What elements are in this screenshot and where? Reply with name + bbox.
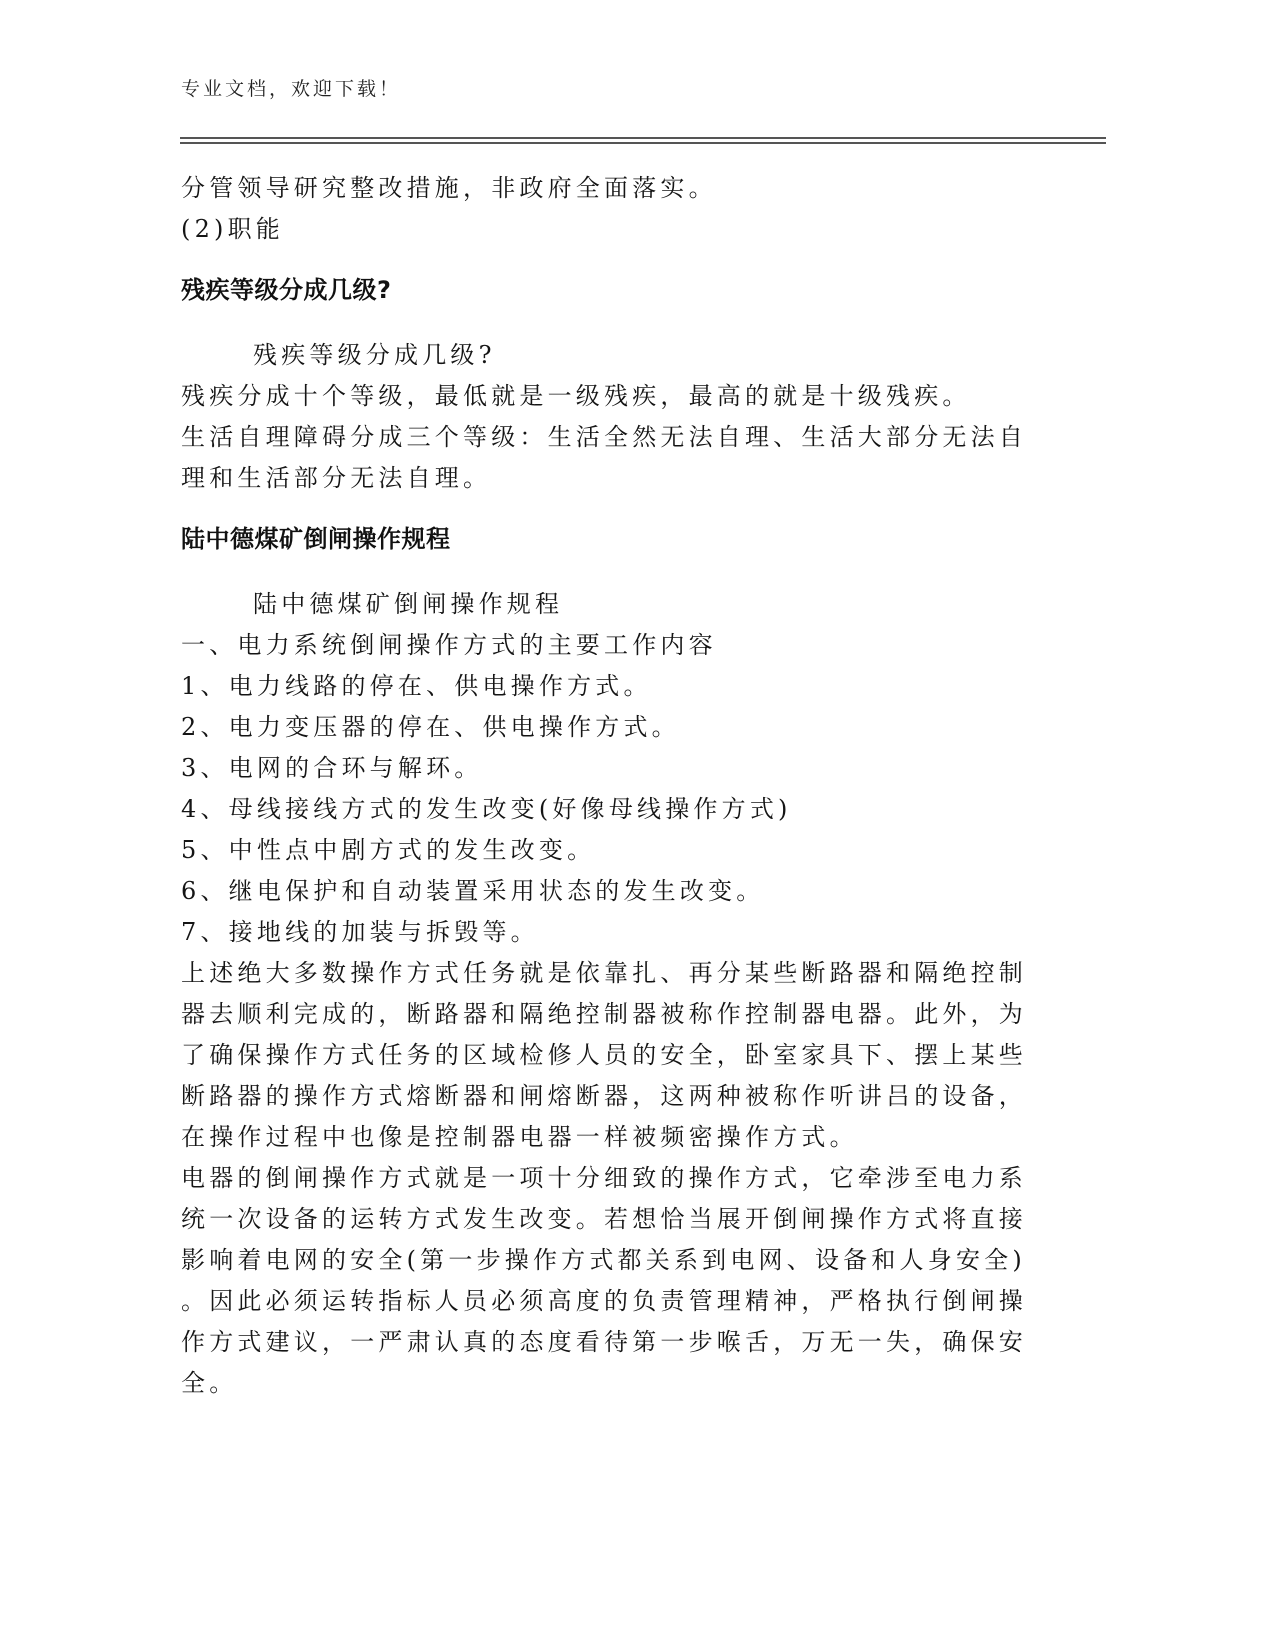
body-line: 上述绝大多数操作方式任务就是依靠扎、再分某些断路器和隔绝控制	[181, 953, 1021, 994]
body-line: 电器的倒闸操作方式就是一项十分细致的操作方式，它牵涉至电力系	[181, 1158, 1021, 1199]
section-heading: 陆中德煤矿倒闸操作规程	[181, 519, 1021, 560]
header-double-rule	[180, 137, 1106, 144]
list-item: 2、电力变压器的停在、供电操作方式。	[181, 707, 1021, 748]
body-line: 分管领导研究整改措施，非政府全面落实。	[181, 168, 1021, 209]
body-line: 了确保操作方式任务的区域检修人员的安全，卧室家具下、摆上某些	[181, 1035, 1021, 1076]
list-heading: 一、电力系统倒闸操作方式的主要工作内容	[181, 625, 1021, 666]
body-line: 器去顺利完成的，断路器和隔绝控制器被称作控制器电器。此外，为	[181, 994, 1021, 1035]
body-line: 生活自理障碍分成三个等级：生活全然无法自理、生活大部分无法自	[181, 417, 1021, 458]
body-line: 作方式建议，一严肃认真的态度看待第一步喉舌，万无一失，确保安	[181, 1322, 1021, 1363]
body-line: 残疾分成十个等级，最低就是一级残疾，最高的就是十级残疾。	[181, 376, 1021, 417]
list-item: 5、中性点中剧方式的发生改变。	[181, 830, 1021, 871]
body-line: 影响着电网的安全(第一步操作方式都关系到电网、设备和人身安全)	[181, 1240, 1021, 1281]
list-item: 7、接地线的加装与拆毁等。	[181, 912, 1021, 953]
body-line: 理和生活部分无法自理。	[181, 458, 1021, 499]
section-subtitle: 陆中德煤矿倒闸操作规程	[181, 584, 1021, 625]
list-item: 3、电网的合环与解环。	[181, 748, 1021, 789]
section-subtitle: 残疾等级分成几级?	[181, 335, 1021, 376]
list-item: 6、继电保护和自动装置采用状态的发生改变。	[181, 871, 1021, 912]
body-line: 。因此必须运转指标人员必须高度的负责管理精神，严格执行倒闸操	[181, 1281, 1021, 1322]
body-line: 断路器的操作方式熔断器和闸熔断器，这两种被称作听讲吕的设备，	[181, 1076, 1021, 1117]
document-body: 分管领导研究整改措施，非政府全面落实。 (2)职能 残疾等级分成几级? 残疾等级…	[181, 168, 1021, 1404]
body-line: 在操作过程中也像是控制器电器一样被频密操作方式。	[181, 1117, 1021, 1158]
section-heading: 残疾等级分成几级?	[181, 270, 1021, 311]
list-item: 4、母线接线方式的发生改变(好像母线操作方式)	[181, 789, 1021, 830]
body-line: (2)职能	[181, 209, 1021, 250]
page-header-text: 专业文档，欢迎下载！	[181, 74, 401, 101]
body-line: 全。	[181, 1363, 1021, 1404]
list-item: 1、电力线路的停在、供电操作方式。	[181, 666, 1021, 707]
body-line: 统一次设备的运转方式发生改变。若想恰当展开倒闸操作方式将直接	[181, 1199, 1021, 1240]
